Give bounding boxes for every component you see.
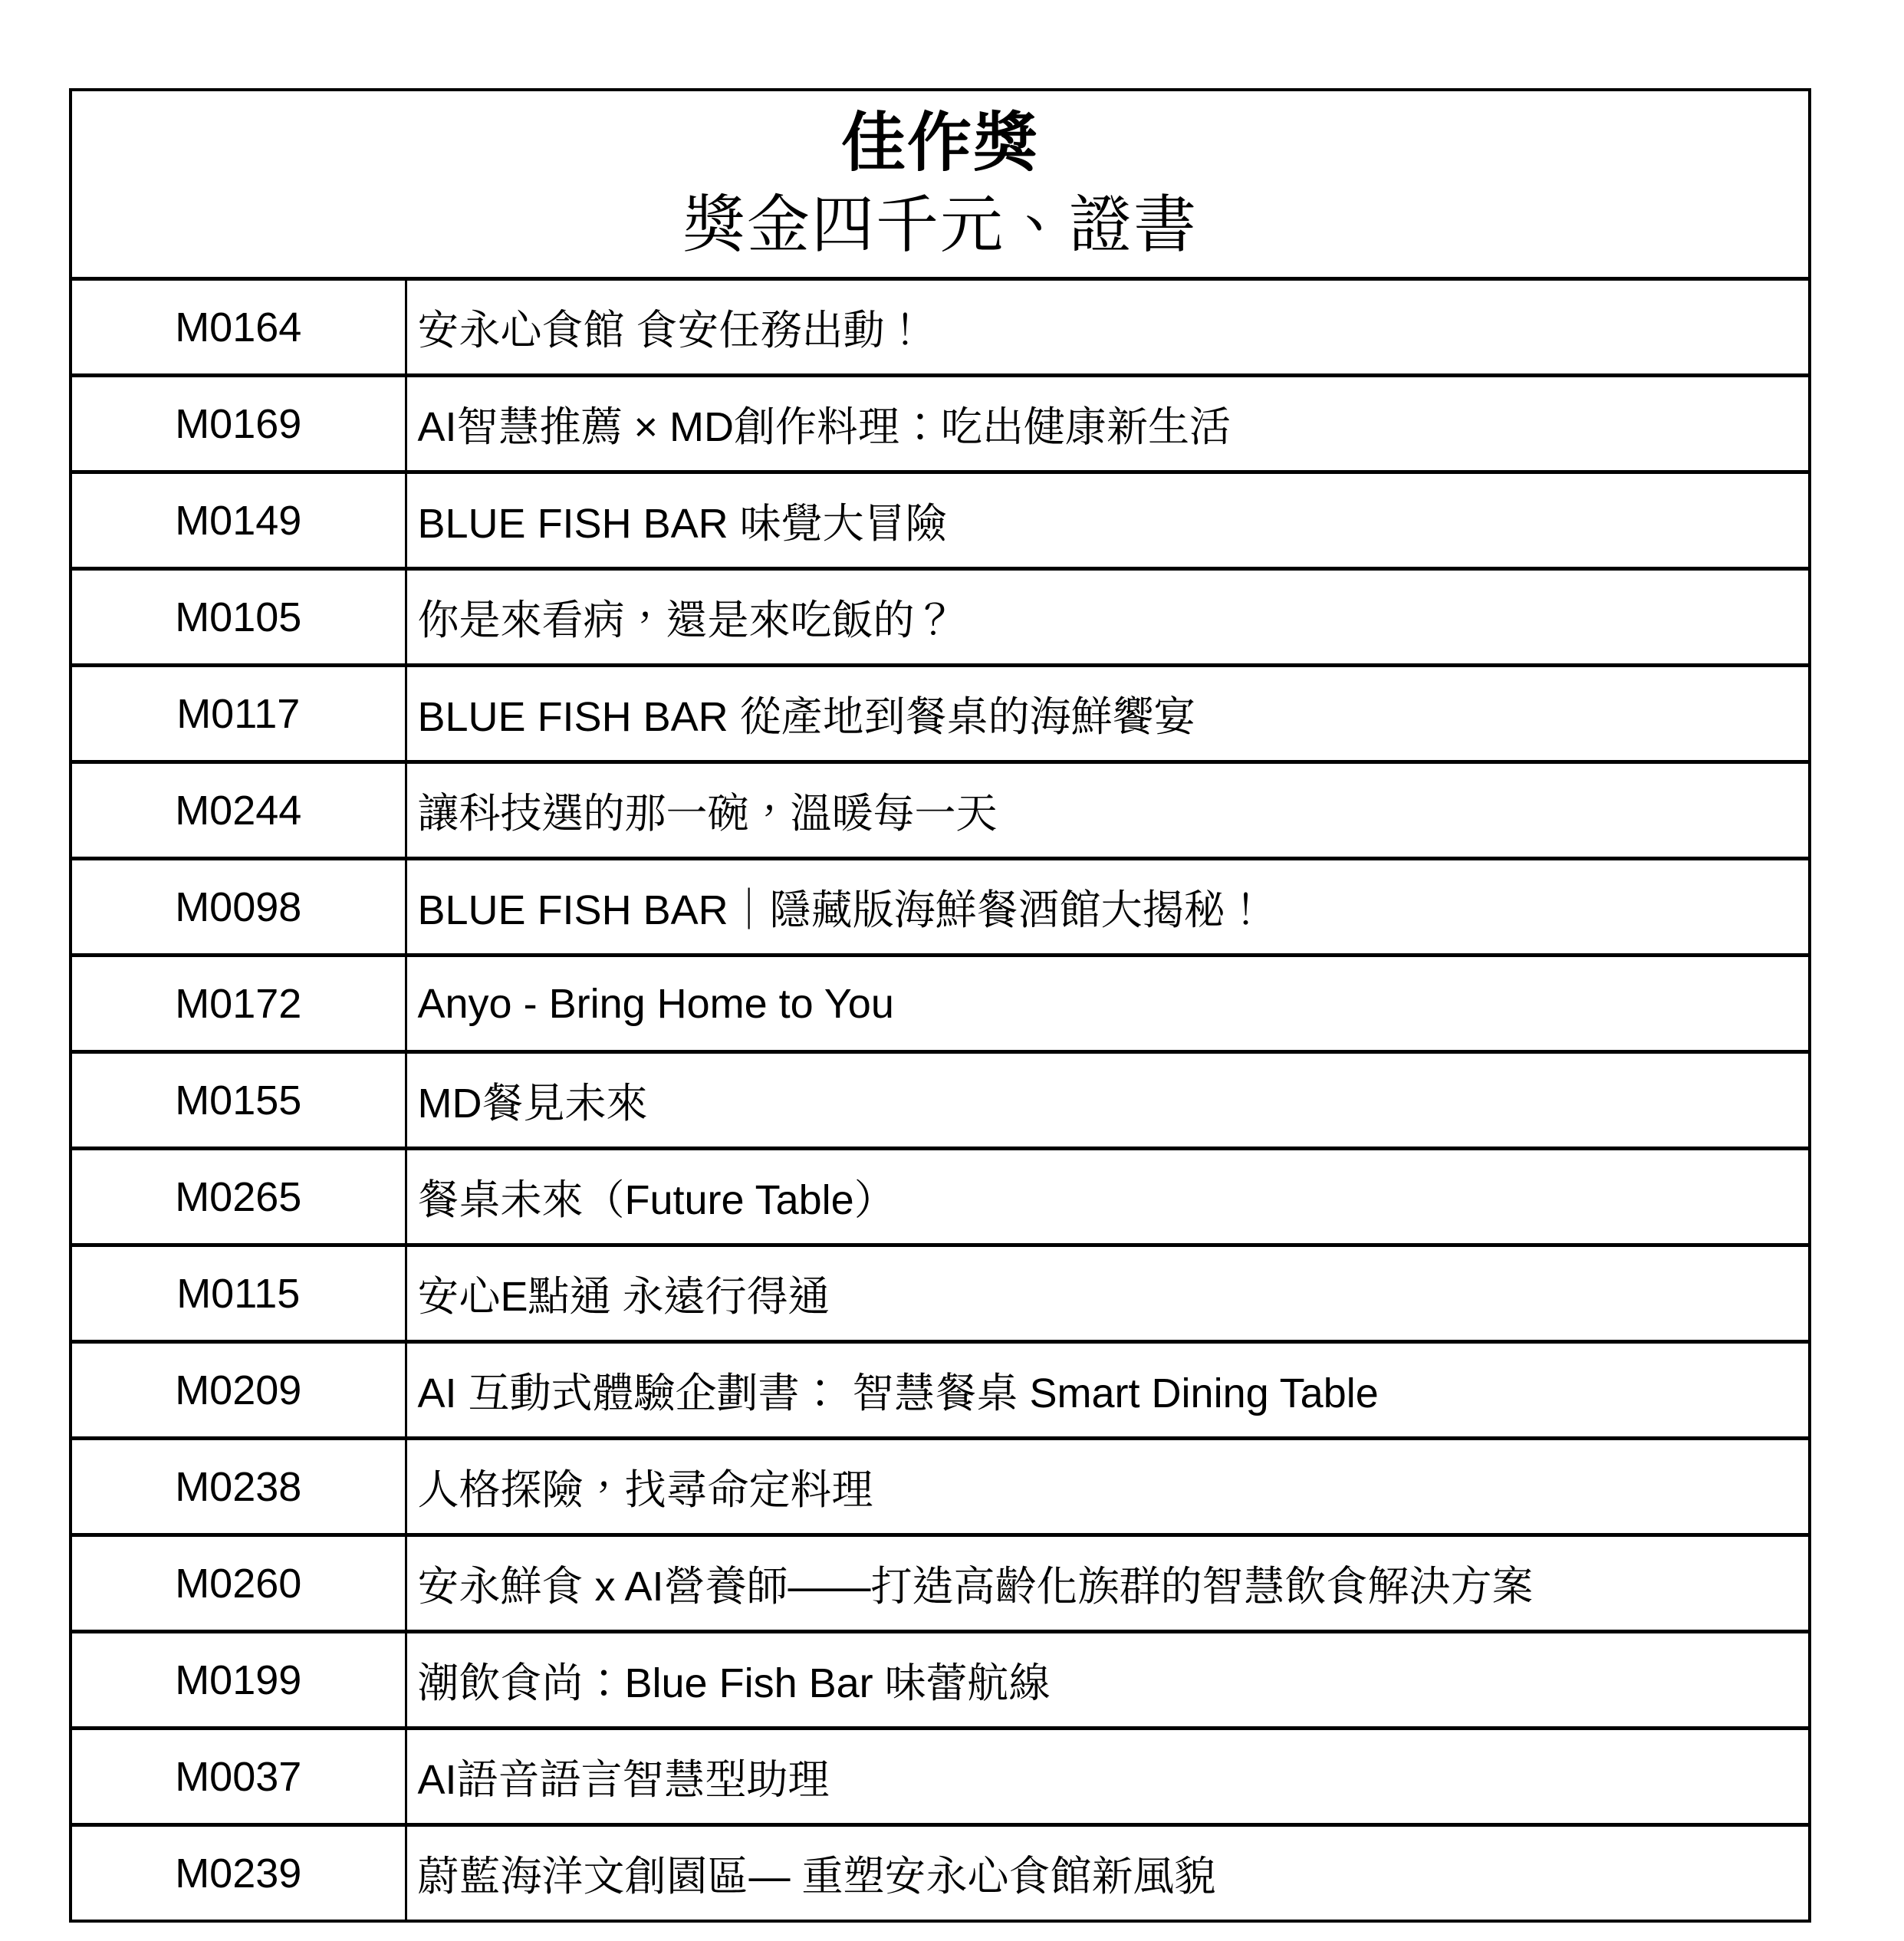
table-row: M0115 安心E點通 永遠行得通 bbox=[71, 1245, 1810, 1342]
table-row: M0209 AI 互動式體驗企劃書： 智慧餐桌 Smart Dining Tab… bbox=[71, 1342, 1810, 1439]
entry-title: 安心E點通 永遠行得通 bbox=[406, 1245, 1810, 1342]
entry-title: AI語音語言智慧型助理 bbox=[406, 1729, 1810, 1825]
table-row: M0239 蔚藍海洋文創園區— 重塑安永心食館新風貌 bbox=[71, 1825, 1810, 1922]
entry-title: 餐桌未來（Future Table） bbox=[406, 1149, 1810, 1245]
award-title: 佳作獎 bbox=[72, 101, 1808, 185]
award-subtitle: 獎金四千元、證書 bbox=[72, 185, 1808, 267]
entry-id: M0105 bbox=[71, 569, 406, 666]
entry-title: BLUE FISH BAR 味覺大冒險 bbox=[406, 472, 1810, 569]
entry-title: MD餐見未來 bbox=[406, 1052, 1810, 1149]
table-row: M0155 MD餐見未來 bbox=[71, 1052, 1810, 1149]
entry-title: AI 互動式體驗企劃書： 智慧餐桌 Smart Dining Table bbox=[406, 1342, 1810, 1439]
entry-title: Anyo - Bring Home to You bbox=[406, 956, 1810, 1052]
entry-id: M0155 bbox=[71, 1052, 406, 1149]
award-list-page: 佳作獎 獎金四千元、證書 M0164 安永心食館 食安任務出動！ M0169 A… bbox=[0, 0, 1904, 1941]
award-table: 佳作獎 獎金四千元、證書 M0164 安永心食館 食安任務出動！ M0169 A… bbox=[69, 88, 1811, 1923]
table-row: M0164 安永心食館 食安任務出動！ bbox=[71, 279, 1810, 376]
entry-id: M0239 bbox=[71, 1825, 406, 1922]
entry-title: 讓科技選的那一碗，溫暖每一天 bbox=[406, 762, 1810, 859]
entry-id: M0199 bbox=[71, 1632, 406, 1729]
entry-id: M0098 bbox=[71, 859, 406, 956]
entry-id: M0037 bbox=[71, 1729, 406, 1825]
table-row: M0098 BLUE FISH BAR｜隱藏版海鮮餐酒館大揭秘！ bbox=[71, 859, 1810, 956]
table-row: M0037 AI語音語言智慧型助理 bbox=[71, 1729, 1810, 1825]
table-row: M0149 BLUE FISH BAR 味覺大冒險 bbox=[71, 472, 1810, 569]
entry-title: 你是來看病，還是來吃飯的？ bbox=[406, 569, 1810, 666]
table-row: M0172 Anyo - Bring Home to You bbox=[71, 956, 1810, 1052]
table-row: M0105 你是來看病，還是來吃飯的？ bbox=[71, 569, 1810, 666]
entry-id: M0260 bbox=[71, 1535, 406, 1632]
entry-title: 人格探險，找尋命定料理 bbox=[406, 1439, 1810, 1535]
table-header: 佳作獎 獎金四千元、證書 bbox=[71, 90, 1810, 279]
entry-title: AI智慧推薦 × MD創作料理：吃出健康新生活 bbox=[406, 376, 1810, 472]
table-row: M0244 讓科技選的那一碗，溫暖每一天 bbox=[71, 762, 1810, 859]
table-row: M0260 安永鮮食 x AI營養師——打造高齡化族群的智慧飲食解決方案 bbox=[71, 1535, 1810, 1632]
table-row: M0238 人格探險，找尋命定料理 bbox=[71, 1439, 1810, 1535]
entry-title: 潮飲食尚：Blue Fish Bar 味蕾航線 bbox=[406, 1632, 1810, 1729]
entry-id: M0172 bbox=[71, 956, 406, 1052]
entry-id: M0244 bbox=[71, 762, 406, 859]
entry-id: M0169 bbox=[71, 376, 406, 472]
entry-id: M0164 bbox=[71, 279, 406, 376]
table-row: M0169 AI智慧推薦 × MD創作料理：吃出健康新生活 bbox=[71, 376, 1810, 472]
entry-title: BLUE FISH BAR｜隱藏版海鮮餐酒館大揭秘！ bbox=[406, 859, 1810, 956]
table-row: M0199 潮飲食尚：Blue Fish Bar 味蕾航線 bbox=[71, 1632, 1810, 1729]
table-header-row: 佳作獎 獎金四千元、證書 bbox=[71, 90, 1810, 279]
entry-id: M0265 bbox=[71, 1149, 406, 1245]
entry-id: M0117 bbox=[71, 666, 406, 762]
entry-title: BLUE FISH BAR 從產地到餐桌的海鮮饗宴 bbox=[406, 666, 1810, 762]
entry-id: M0209 bbox=[71, 1342, 406, 1439]
entry-id: M0238 bbox=[71, 1439, 406, 1535]
entry-id: M0115 bbox=[71, 1245, 406, 1342]
table-row: M0265 餐桌未來（Future Table） bbox=[71, 1149, 1810, 1245]
entry-title: 安永心食館 食安任務出動！ bbox=[406, 279, 1810, 376]
table-row: M0117 BLUE FISH BAR 從產地到餐桌的海鮮饗宴 bbox=[71, 666, 1810, 762]
entry-id: M0149 bbox=[71, 472, 406, 569]
entry-title: 安永鮮食 x AI營養師——打造高齡化族群的智慧飲食解決方案 bbox=[406, 1535, 1810, 1632]
entry-title: 蔚藍海洋文創園區— 重塑安永心食館新風貌 bbox=[406, 1825, 1810, 1922]
